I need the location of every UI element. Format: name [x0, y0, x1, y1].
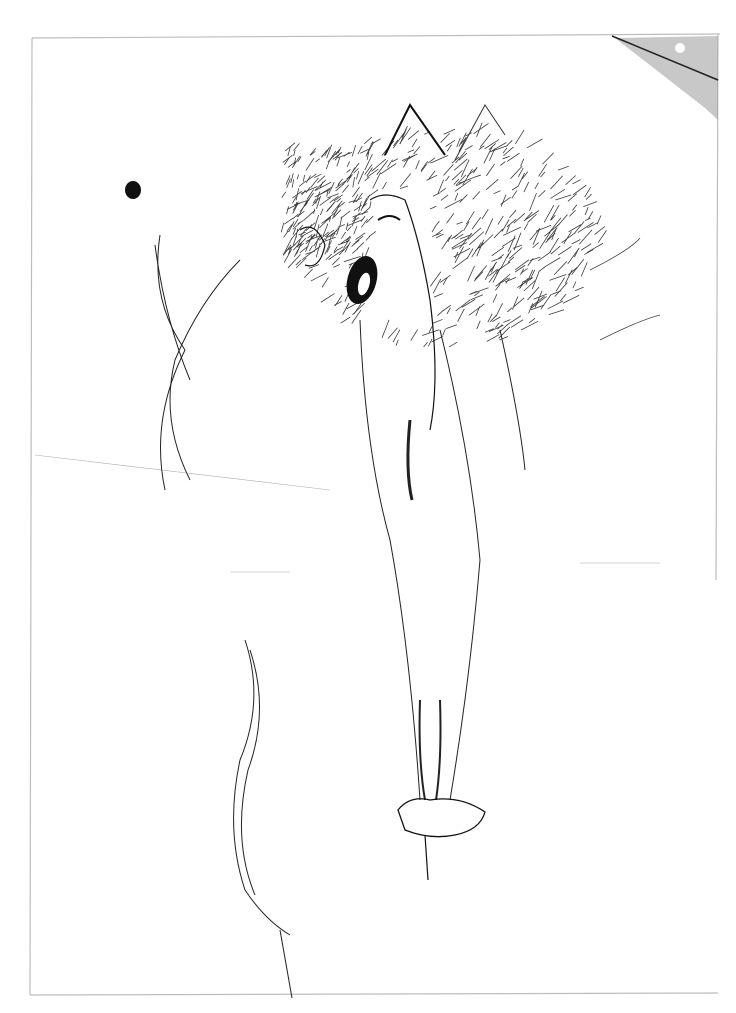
hair-hatching [281, 123, 606, 347]
hand [398, 799, 485, 837]
body [360, 320, 525, 800]
plate-corner-tone [615, 36, 718, 120]
lower-left-line [234, 640, 292, 998]
ink-blot [125, 181, 141, 199]
etching-artwork [0, 0, 736, 1013]
etching-drawing [0, 0, 736, 1013]
plate-border [30, 34, 720, 995]
left-strands [155, 235, 240, 490]
face [300, 195, 435, 430]
